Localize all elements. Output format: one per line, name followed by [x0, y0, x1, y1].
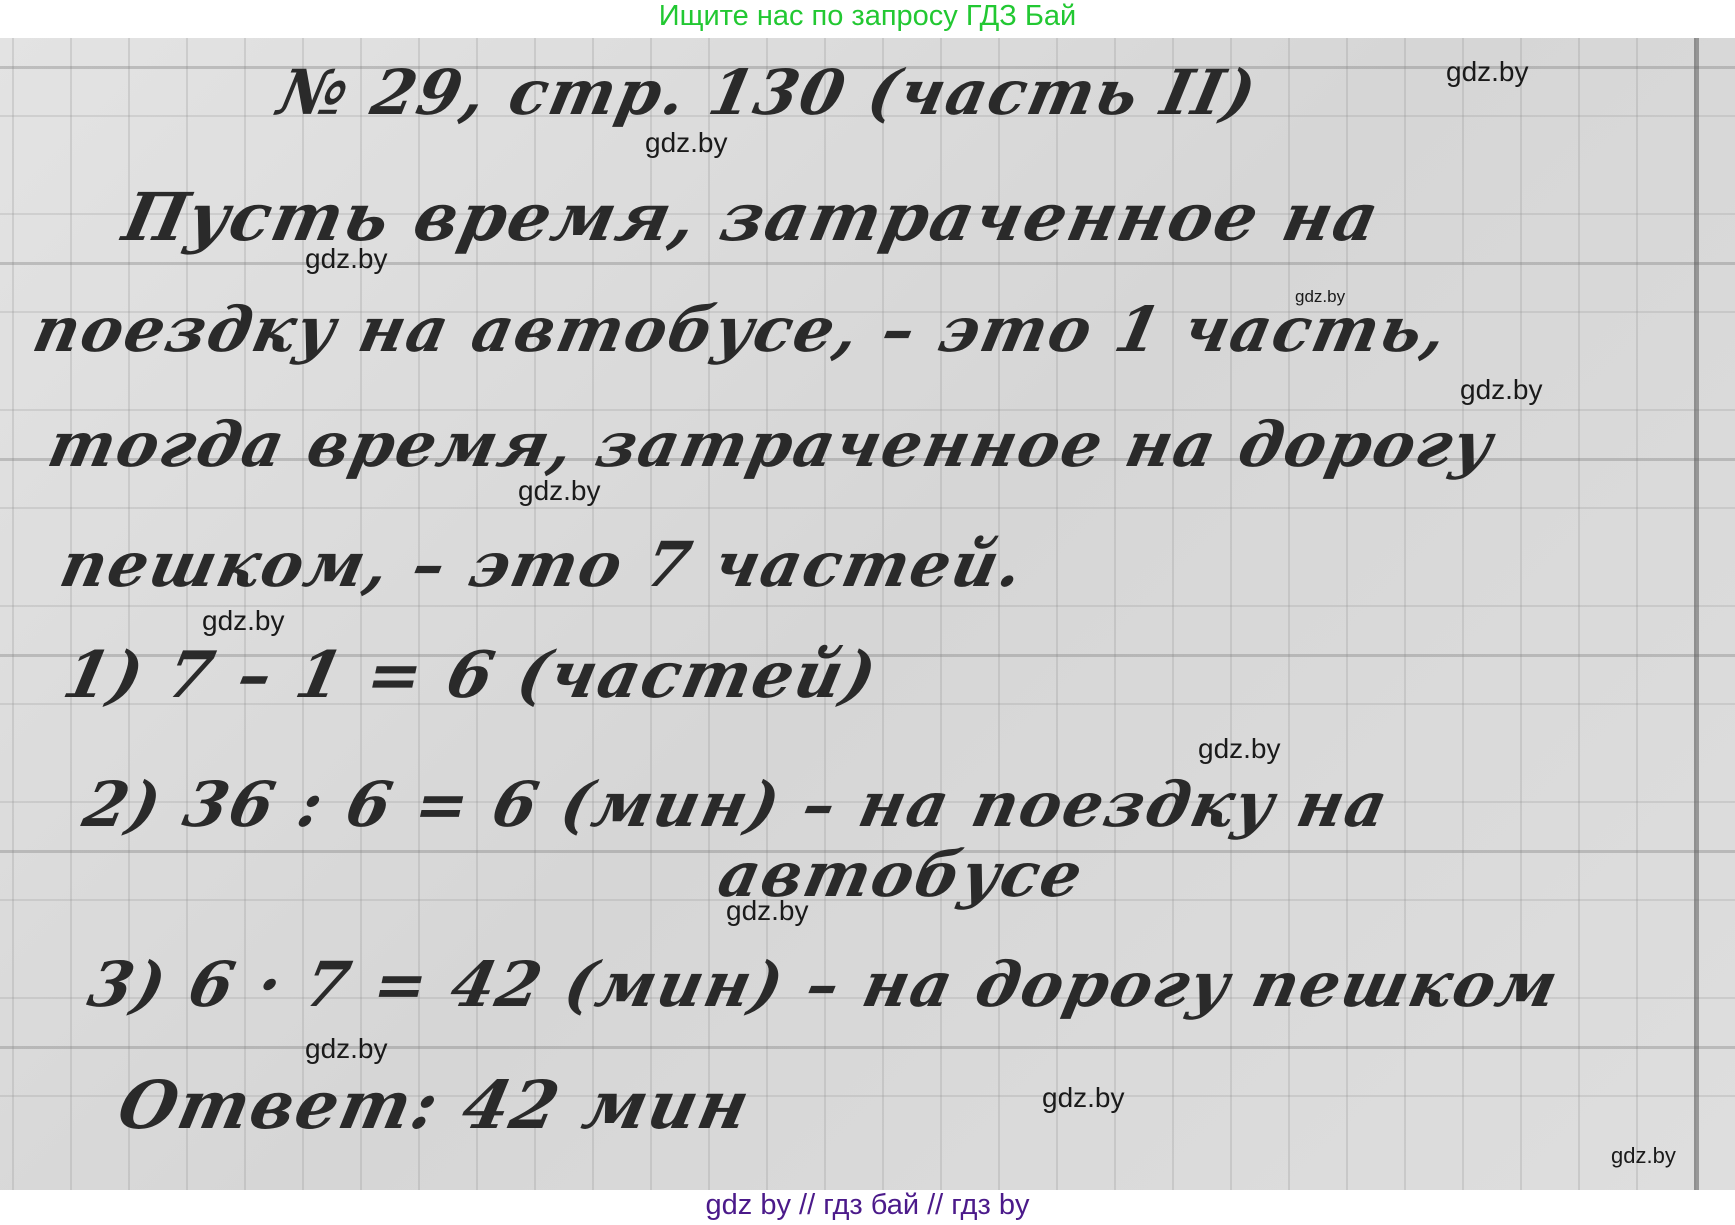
watermark: gdz.by	[1611, 1143, 1676, 1169]
footer-banner: gdz by // гдз бай // гдз by	[0, 1190, 1735, 1225]
watermark: gdz.by	[1198, 733, 1281, 765]
exercise-title: № 29, стр. 130 (часть II)	[272, 56, 1264, 129]
step-1: 1) 7 – 1 = 6 (частей)	[57, 638, 884, 713]
step-2: 2) 36 : 6 = 6 (мин) – на поездку на	[77, 768, 1395, 841]
watermark: gdz.by	[202, 605, 285, 637]
solution-line-2: поездку на автобусе, – это 1 часть,	[27, 293, 1455, 366]
watermark: gdz.by	[305, 243, 388, 275]
watermark: gdz.by	[726, 895, 809, 927]
watermark: gdz.by	[1042, 1082, 1125, 1114]
notebook-page: № 29, стр. 130 (часть II) Пусть время, з…	[0, 38, 1735, 1190]
solution-line-4: пешком, – это 7 частей.	[54, 528, 1031, 601]
solution-line-3: тогда время, затраченное на дорогу	[42, 408, 1501, 481]
watermark: gdz.by	[305, 1033, 388, 1065]
watermark: gdz.by	[1446, 56, 1529, 88]
search-banner: Ищите нас по запросу ГДЗ Бай	[0, 0, 1735, 38]
watermark: gdz.by	[1460, 374, 1543, 406]
watermark: gdz.by	[518, 475, 601, 507]
watermark: gdz.by	[645, 127, 728, 159]
margin-line	[1694, 38, 1699, 1190]
watermark: gdz.by	[1295, 287, 1345, 307]
answer-line: Ответ: 42 мин	[112, 1066, 758, 1144]
step-3: 3) 6 · 7 = 42 (мин) – на дорогу пешком	[82, 948, 1566, 1021]
